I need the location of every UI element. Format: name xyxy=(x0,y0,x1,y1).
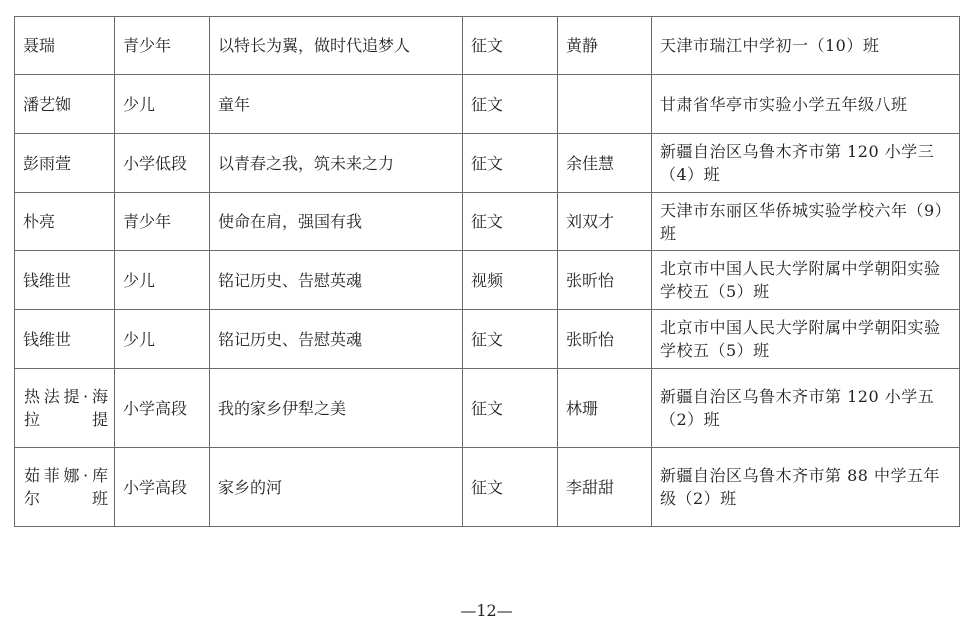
cell-type: 征文 xyxy=(463,448,558,527)
cell-title: 家乡的河 xyxy=(210,448,463,527)
cell-school: 甘肃省华亭市实验小学五年级八班 xyxy=(652,75,960,134)
cell-teacher: 李甜甜 xyxy=(558,448,652,527)
cell-school: 北京市中国人民大学附属中学朝阳实验学校五（5）班 xyxy=(652,251,960,310)
cell-type: 征文 xyxy=(463,310,558,369)
cell-group: 少儿 xyxy=(115,310,210,369)
page-number: —12— xyxy=(0,601,973,620)
cell-school: 新疆自治区乌鲁木齐市第 120 小学三（4）班 xyxy=(652,134,960,193)
cell-group: 小学低段 xyxy=(115,134,210,193)
cell-type: 征文 xyxy=(463,17,558,75)
cell-teacher: 刘双才 xyxy=(558,193,652,251)
cell-school: 天津市东丽区华侨城实验学校六年（9）班 xyxy=(652,193,960,251)
table-row: 钱维世 少儿 铭记历史、告慰英魂 征文 张昕怡 北京市中国人民大学附属中学朝阳实… xyxy=(15,310,960,369)
cell-teacher: 张昕怡 xyxy=(558,251,652,310)
cell-name: 钱维世 xyxy=(15,310,115,369)
cell-title: 以特长为翼，做时代追梦人 xyxy=(210,17,463,75)
cell-type: 征文 xyxy=(463,193,558,251)
table-row: 潘艺铷 少儿 童年 征文 甘肃省华亭市实验小学五年级八班 xyxy=(15,75,960,134)
cell-type: 视频 xyxy=(463,251,558,310)
cell-title: 童年 xyxy=(210,75,463,134)
table-row: 钱维世 少儿 铭记历史、告慰英魂 视频 张昕怡 北京市中国人民大学附属中学朝阳实… xyxy=(15,251,960,310)
cell-name: 彭雨萱 xyxy=(15,134,115,193)
cell-name: 聂瑞 xyxy=(15,17,115,75)
award-roster-table: 聂瑞 青少年 以特长为翼，做时代追梦人 征文 黄静 天津市瑞江中学初一（10）班… xyxy=(14,16,960,527)
cell-type: 征文 xyxy=(463,369,558,448)
cell-name: 热法提·海拉提 xyxy=(15,369,115,448)
table-row: 朴亮 青少年 使命在肩，强国有我 征文 刘双才 天津市东丽区华侨城实验学校六年（… xyxy=(15,193,960,251)
cell-name: 潘艺铷 xyxy=(15,75,115,134)
cell-teacher: 张昕怡 xyxy=(558,310,652,369)
table-row: 热法提·海拉提 小学高段 我的家乡伊犁之美 征文 林珊 新疆自治区乌鲁木齐市第 … xyxy=(15,369,960,448)
cell-title: 我的家乡伊犁之美 xyxy=(210,369,463,448)
cell-group: 少儿 xyxy=(115,251,210,310)
cell-title: 使命在肩，强国有我 xyxy=(210,193,463,251)
cell-group: 少儿 xyxy=(115,75,210,134)
cell-group: 青少年 xyxy=(115,193,210,251)
cell-teacher: 黄静 xyxy=(558,17,652,75)
cell-school: 北京市中国人民大学附属中学朝阳实验学校五（5）班 xyxy=(652,310,960,369)
cell-group: 小学高段 xyxy=(115,448,210,527)
cell-school: 天津市瑞江中学初一（10）班 xyxy=(652,17,960,75)
cell-group: 小学高段 xyxy=(115,369,210,448)
cell-title: 以青春之我，筑未来之力 xyxy=(210,134,463,193)
cell-school: 新疆自治区乌鲁木齐市第 88 中学五年级（2）班 xyxy=(652,448,960,527)
cell-title: 铭记历史、告慰英魂 xyxy=(210,251,463,310)
table-row: 彭雨萱 小学低段 以青春之我，筑未来之力 征文 余佳慧 新疆自治区乌鲁木齐市第 … xyxy=(15,134,960,193)
cell-teacher xyxy=(558,75,652,134)
cell-name: 钱维世 xyxy=(15,251,115,310)
cell-type: 征文 xyxy=(463,75,558,134)
cell-teacher: 林珊 xyxy=(558,369,652,448)
cell-type: 征文 xyxy=(463,134,558,193)
cell-group: 青少年 xyxy=(115,17,210,75)
cell-teacher: 余佳慧 xyxy=(558,134,652,193)
table-row: 茹菲娜·库尔班 小学高段 家乡的河 征文 李甜甜 新疆自治区乌鲁木齐市第 88 … xyxy=(15,448,960,527)
cell-school: 新疆自治区乌鲁木齐市第 120 小学五（2）班 xyxy=(652,369,960,448)
cell-title: 铭记历史、告慰英魂 xyxy=(210,310,463,369)
table-row: 聂瑞 青少年 以特长为翼，做时代追梦人 征文 黄静 天津市瑞江中学初一（10）班 xyxy=(15,17,960,75)
cell-name: 朴亮 xyxy=(15,193,115,251)
cell-name: 茹菲娜·库尔班 xyxy=(15,448,115,527)
